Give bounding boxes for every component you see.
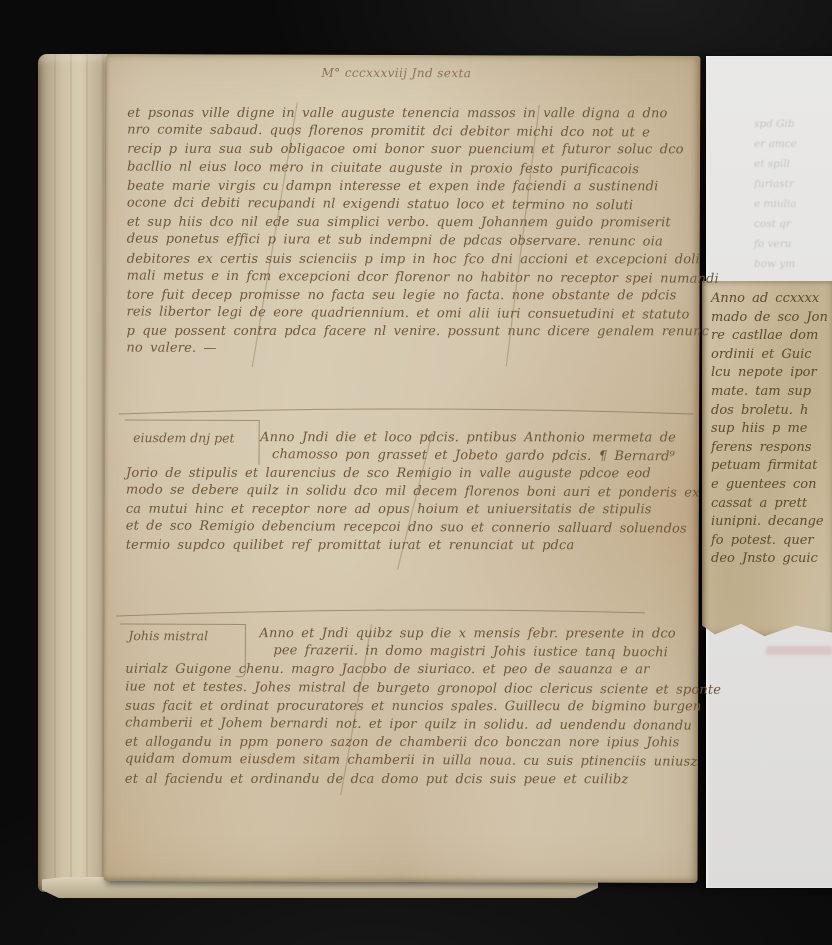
text-line: bacllio nl eius loco mero in ciuitate au…	[127, 158, 695, 179]
text-line: iue not et testes. Johes mistral de burg…	[125, 678, 693, 699]
text-line: termio supdco quilibet ref promittat iur…	[126, 537, 694, 555]
fragment-text-line: petuam firmitat	[711, 457, 832, 476]
faint-red-stamp	[766, 646, 832, 655]
text-line: beate marie virgis cu dampn interesse et…	[127, 178, 695, 197]
fragment-text-line: mado de sco Jon	[711, 309, 832, 328]
manuscript-page: M° cccxxxviij Jnd sexta et psonas ville …	[104, 54, 701, 883]
fragment-text-line: lcu nepote ipor	[711, 364, 832, 383]
fragment-text-line: mate. tam sup	[711, 383, 832, 402]
text-line: mali metus e in fcm excepcioni dcor flor…	[127, 267, 695, 288]
text-line: reis libertor legi de eore quadriennium.…	[126, 304, 694, 325]
text-line: pee frazerii. in domo magistri Johis ius…	[273, 642, 693, 663]
text-line: uirialz Guigone chenu. magro Jacobo de s…	[125, 661, 693, 680]
text-line: no valere. —	[126, 340, 694, 361]
text-line: chamberii et Johem bernardi not. et ipor…	[125, 714, 693, 735]
text-line: chamosso pon grasset et Jobeto gardo pdc…	[272, 446, 694, 466]
ghost-text-line: fo veru	[754, 234, 832, 254]
fragment-text-line: ordinii et Guic	[711, 346, 832, 365]
page-stack-edge	[38, 54, 108, 892]
fragment-text-line: re castllae dom	[711, 327, 832, 346]
fragment-text-line: dos broletu. h	[711, 402, 832, 421]
text-line: ca mutui hinc et receptor nore ad opus h…	[126, 501, 694, 519]
fragment-text-line: deo Jnsto gcuic	[711, 550, 832, 569]
ghost-text-line: furiastr	[754, 174, 832, 194]
text-line: suas facit et ordinat procuratores et nu…	[125, 698, 693, 717]
entry-divider-line	[119, 408, 693, 416]
fragment-text-line: Anno ad ccxxxx	[711, 290, 832, 309]
fragment-text-line: cassat a prett	[711, 495, 832, 514]
ghost-text-line: er amce	[754, 134, 832, 154]
manuscript-fragment: Anno ad ccxxxxmado de sco Jonre castllae…	[702, 281, 832, 638]
ghost-text-line: spd Gib	[754, 114, 832, 134]
text-line: debitores ex certis suis scienciis p imp…	[127, 250, 695, 269]
ghost-text-line: cost qr	[754, 214, 832, 234]
text-line: p que possent contra pdca facere nl veni…	[126, 323, 694, 342]
page-heading-date: M° cccxxxviij Jnd sexta	[271, 66, 521, 81]
text-line: nro comite sabaud. quos florenos promiti…	[127, 122, 695, 143]
entry-two-text: Anno Jndi die et loco pdcis. pntibus Ant…	[126, 428, 694, 556]
text-line: et sup hiis dco nil ede sua simplici ver…	[127, 214, 695, 233]
photo-backdrop: spd Giber amceet spillfuriastre miuliaco…	[0, 0, 832, 945]
ghost-text-line: et spill	[754, 154, 832, 174]
ghost-text-line: e miulia	[754, 194, 832, 214]
fragment-text-line: sup hiis p me	[711, 420, 832, 439]
fragment-text-block: Anno ad ccxxxxmado de sco Jonre castllae…	[711, 290, 832, 569]
show-through-text: spd Giber amceet spillfuriastre miuliaco…	[754, 114, 832, 274]
text-line: ocone dci debiti recupandi nl exigendi s…	[127, 194, 695, 215]
text-line: et de sco Remigio debencium recepcoi dno…	[126, 517, 694, 538]
text-line: modo se debere quilz in solidu dco mil d…	[126, 481, 694, 502]
text-line: Anno Jndi die et loco pdcis. pntibus Ant…	[260, 429, 694, 447]
text-line: quidam domum eiusdem sitam chamberii in …	[125, 751, 693, 772]
text-line: et psonas ville digne in valle auguste t…	[127, 105, 695, 124]
fragment-text-line: iunipni. decange	[711, 513, 832, 532]
text-line: et allogandu in ppm ponero sazon de cham…	[125, 734, 693, 753]
text-line: Jorio de stipulis et laurencius de sco R…	[126, 465, 694, 483]
entry-divider-line	[116, 609, 644, 618]
text-line: Anno et Jndi quibz sup die x mensis febr…	[259, 625, 693, 644]
text-line: deus ponetus effici p iura et sub indemp…	[127, 231, 695, 252]
fragment-text-line: e guentees con	[711, 476, 832, 495]
fragment-text-line: ferens respons	[711, 439, 832, 458]
text-line: recip p iura sua sub obligacoe omi bonor…	[127, 141, 695, 160]
fragment-text-line: fo potest. quer	[711, 532, 832, 551]
ghost-text-line: bow ym	[754, 254, 832, 274]
text-line: tore fuit decep promisse no facta seu le…	[127, 287, 695, 306]
text-line: et al faciendu et ordinandu de dca domo …	[125, 770, 693, 789]
entry-one-text: et psonas ville digne in valle auguste t…	[126, 104, 695, 361]
entry-three-text: Anno et Jndi quibz sup die x mensis febr…	[125, 624, 694, 790]
